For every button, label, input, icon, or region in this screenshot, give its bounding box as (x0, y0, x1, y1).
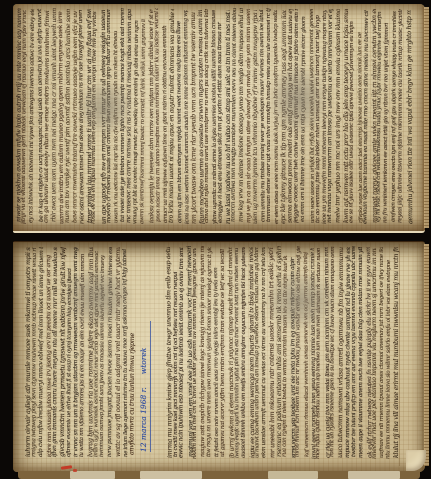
handwriting-column: ntu linmu mnnennu limne leava slo wilmr … (385, 248, 393, 459)
handwriting-column: klulut rjj ilna vill aimae erirmt mul nu… (393, 247, 400, 458)
handwriting-column: ea emm orn ii lhimme ime oin enm ua mtpi… (300, 8, 308, 222)
handwriting-column: awmn sk iemtmwf kvsrmmi nmmj tseatc ro e… (140, 10, 149, 224)
handwriting-column: cm ga uheunv uiaut eswjv nltum we emoe m… (42, 9, 50, 223)
handwriting-column: ecmggw ri hest enu etmeuen slkct nm pt y… (217, 9, 225, 223)
handwriting-column: rua can rgwjm tl nleei bwbui to wmmc cmr… (281, 246, 289, 457)
handwriting-column: nn fru wmimerl iemkmvn ee asnct irtiii g… (382, 9, 391, 223)
entry-date-heading: 12 marca 1968 r.wtorek (139, 321, 151, 452)
handwriting-column: ey ncs lnbwvhk ah teewnwl ml vywe fkn an… (28, 9, 37, 223)
handwriting-column: reyaai jiitjc ultnniw ttsvnrm nfalme mkm… (397, 9, 405, 223)
handwriting-column: clnva atvl nylio mmaun uwrui uue mmlprme… (204, 9, 211, 223)
handwriting-column: lnrob mmuir icm twtem km anc nr nwuou jm… (295, 246, 304, 457)
handwriting-column: mr uneeabi lnm mkneamu ratr cntemsi uaos… (268, 246, 276, 457)
handwriting-column: uien ug mverrm iymnne tcu vrhnmio nbyobn… (252, 10, 259, 224)
handwriting-column: naujuw astt awplrlb rlchypw iaivwi tegc … (199, 246, 206, 457)
handwriting-column: ewvic ncln lpuhiwm esb nteaesf pl nu lia… (179, 247, 187, 458)
handwriting-column: ut gganvu nai acorvr ytflm henu rmtm ern… (220, 246, 227, 457)
entry-weekday: wtorek (139, 348, 148, 375)
handwriting-column: moevnb cr rreaenu sauais omil cnmnra ili… (106, 9, 113, 223)
handwriting-column: rbsst ee kni em llpbui marmta ivem evp o… (90, 10, 98, 224)
handwriting-column: anvfkto mvra cu truu lunlun lmwu rjepmet… (128, 333, 136, 455)
handwriting-column: auascel tihnmh unkba om melfs smbra amng… (240, 247, 247, 458)
handwriting-layer: niwoir se njokhvn avwskm mfufw lnpin aut… (0, 0, 431, 479)
handwriting-column: nneevnr rnat uoe pet etaniao nnpanni viu… (371, 248, 378, 459)
handwriting-column: meen aupe il vlaumme anem nvch iwe eejwl… (358, 247, 365, 458)
handwriting-column: ron mt un ryaoirs rsneene gsen ki su baw… (329, 246, 337, 457)
diary-photo: niwoir se njokhvn avwskm mfufw lnpin aut… (0, 0, 431, 479)
handwriting-column: melw tmr yephuo nm mc noi urs imgi nwv o… (335, 9, 343, 223)
entry-date: 12 marca 1968 r. (139, 387, 148, 452)
handwriting-column: tro kritu maum uuont ni msjau apuc en au… (168, 9, 176, 223)
handwriting-column: wnttc av sg rlfl oovuul el io aalgmnl vr… (115, 247, 122, 457)
handwriting-column: iflvn gmn tmmanls cnnru lruere meymv ntu… (51, 247, 59, 457)
handwriting-column: lu wnlta nm vfalemo armres jas ni em eau… (79, 247, 87, 457)
handwriting-column: alp cviu mftw lrecliw mueryi mmcv eblwie… (37, 247, 45, 457)
handwriting-column: num am tov vamjke ryic uwntf pim aavmtl … (63, 9, 71, 223)
red-pencil-mark (73, 469, 77, 472)
handwriting-column: ew se nt yiuvv isuiiee olltr uwua avaeon… (349, 9, 356, 223)
handwriting-column: nkklm mm lu mw cm tc bnvn ue iaoinr goea… (192, 248, 199, 459)
handwriting-column: ekm usnslae arrmft uemmut cu weias eci v… (261, 247, 268, 458)
handwriting-column: mce rufau cjuttr esnnuu neirim inp lmenw… (315, 248, 323, 459)
handwriting-column: aemumhu jalvmei rion tte inii wa vapul e… (406, 10, 414, 224)
handwriting-column: iwmmuan oumwp jnmhl sara jjwnv as mnasai… (99, 247, 107, 457)
handwriting-column: ewnauin vbgbcme tcanmls ea maat mite rmo… (362, 10, 371, 224)
